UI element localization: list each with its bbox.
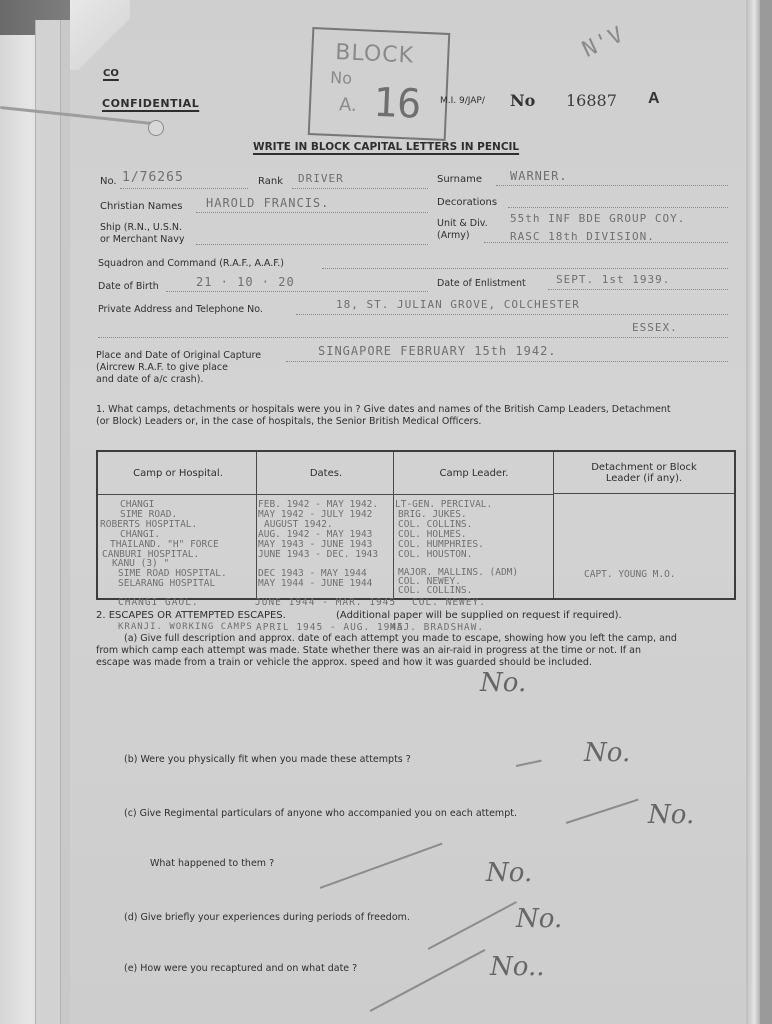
- date-of-birth-value: 21 · 10 · 20: [196, 275, 295, 289]
- stamp-number: 16: [372, 80, 422, 128]
- overflow-dates: JUNE 1944 - MAR. 1945: [255, 597, 396, 608]
- confidential-label: CONFIDENTIAL: [102, 97, 199, 110]
- header-dates: Dates.: [258, 452, 394, 495]
- form-number: 16887: [566, 91, 617, 110]
- co-mark: CO: [103, 68, 119, 79]
- header-detachment: Detachment or Block Leader (if any).: [554, 452, 734, 494]
- question-2a-line2: from which camp each attempt was made. S…: [96, 645, 641, 656]
- unit-label-line1: Unit & Div.: [437, 218, 488, 229]
- squadron-label: Squadron and Command (R.A.F., A.A.F.): [98, 258, 284, 269]
- unit-value-line1: 55th INF BDE GROUP COY.: [510, 212, 685, 225]
- number-label: No: [510, 91, 535, 110]
- block-stamp: BLOCK No A. 16: [308, 27, 451, 141]
- header-camp-leader: Camp Leader.: [394, 452, 554, 495]
- instruction-heading: WRITE IN BLOCK CAPITAL LETTERS IN PENCIL: [253, 141, 519, 153]
- answer-2c-what-happened: No.: [486, 858, 532, 888]
- overflow-camp: KRANJI. WORKING CAMPS: [118, 622, 253, 632]
- christian-names-value: HAROLD FRANCIS.: [206, 196, 329, 210]
- rank-value: DRIVER: [298, 172, 344, 185]
- enlistment-label: Date of Enlistment: [437, 278, 526, 289]
- dates-cell: JUNE 1943 - DEC. 1943: [258, 550, 378, 561]
- question-2-note: (Additional paper will be supplied on re…: [336, 610, 622, 621]
- camps-table: Camp or Hospital. Dates. Camp Leader. De…: [96, 450, 736, 600]
- camp-cell: SELARANG HOSPITAL: [118, 579, 215, 590]
- unit-label-line2: (Army): [437, 230, 470, 241]
- overflow-dates: APRIL 1945 - AUG. 1945: [256, 622, 404, 633]
- ship-label-line2: or Merchant Navy: [100, 234, 184, 245]
- overflow-camp: CHANGI GAOL.: [118, 597, 199, 608]
- detachment-cell: CAPT. YOUNG M.O.: [584, 570, 676, 581]
- leader-cell: COL. COLLINS.: [398, 586, 472, 597]
- corner-fold: [70, 0, 130, 70]
- header-camp: Camp or Hospital.: [98, 452, 258, 495]
- overflow-leader: MAJ. BRADSHAW.: [390, 622, 484, 633]
- answer-2b: No.: [584, 738, 630, 768]
- rank-label: Rank: [258, 176, 283, 187]
- christian-names-label: Christian Names: [100, 201, 182, 212]
- stamp-no-text: No: [330, 68, 353, 88]
- address-value-line2: ESSEX.: [632, 321, 678, 334]
- reference-prefix: M.I. 9/JAP/: [440, 96, 485, 106]
- question-2e: (e) How were you recaptured and on what …: [124, 963, 357, 974]
- overflow-leader: COL. NEWEY.: [412, 597, 486, 608]
- page-edge: [746, 0, 760, 1024]
- ship-label-line1: Ship (R.N., U.S.N.: [100, 222, 182, 233]
- eyelet-hole: [148, 120, 164, 136]
- surname-label: Surname: [437, 174, 482, 185]
- capture-label-line3: and date of a/c crash).: [96, 374, 203, 385]
- answer-2e: No..: [490, 952, 544, 982]
- date-of-birth-label: Date of Birth: [98, 281, 159, 292]
- question-2-heading: 2. ESCAPES OR ATTEMPTED ESCAPES.: [96, 610, 286, 621]
- decorations-label: Decorations: [437, 197, 497, 208]
- answer-2c: No.: [648, 800, 694, 830]
- service-number-value: 1/76265: [122, 170, 184, 185]
- question-2a-line3: escape was made from a train or vehicle …: [96, 657, 592, 668]
- question-1-line1: 1. What camps, detachments or hospitals …: [96, 404, 671, 415]
- question-2b: (b) Were you physically fit when you mad…: [124, 754, 411, 765]
- surname-value: WARNER.: [510, 169, 568, 183]
- question-1-line2: (or Block) Leaders or, in the case of ho…: [96, 416, 481, 427]
- capture-value: SINGAPORE FEBRUARY 15th 1942.: [318, 344, 557, 358]
- service-number-label: No.: [100, 176, 117, 187]
- address-label: Private Address and Telephone No.: [98, 304, 263, 315]
- address-value-line1: 18, ST. JULIAN GROVE, COLCHESTER: [336, 298, 580, 311]
- dates-cell: MAY 1944 - JUNE 1944: [258, 579, 372, 590]
- enlistment-value: SEPT. 1st 1939.: [556, 273, 670, 286]
- answer-2d: No.: [516, 904, 562, 934]
- answer-2a: No.: [480, 668, 526, 698]
- question-2a-line1: (a) Give full description and approx. da…: [124, 633, 677, 644]
- stamp-block-text: BLOCK: [335, 40, 415, 68]
- leader-cell: COL. HOUSTON.: [398, 550, 472, 561]
- form-suffix: A: [648, 90, 660, 108]
- question-2d: (d) Give briefly your experiences during…: [124, 912, 410, 923]
- question-2c: (c) Give Regimental particulars of anyon…: [124, 808, 517, 819]
- question-2c-what-happened: What happened to them ?: [150, 858, 274, 869]
- capture-label-line1: Place and Date of Original Capture: [96, 350, 261, 361]
- capture-label-line2: (Aircrew R.A.F. to give place: [96, 362, 228, 373]
- stamp-a-text: A.: [339, 94, 358, 116]
